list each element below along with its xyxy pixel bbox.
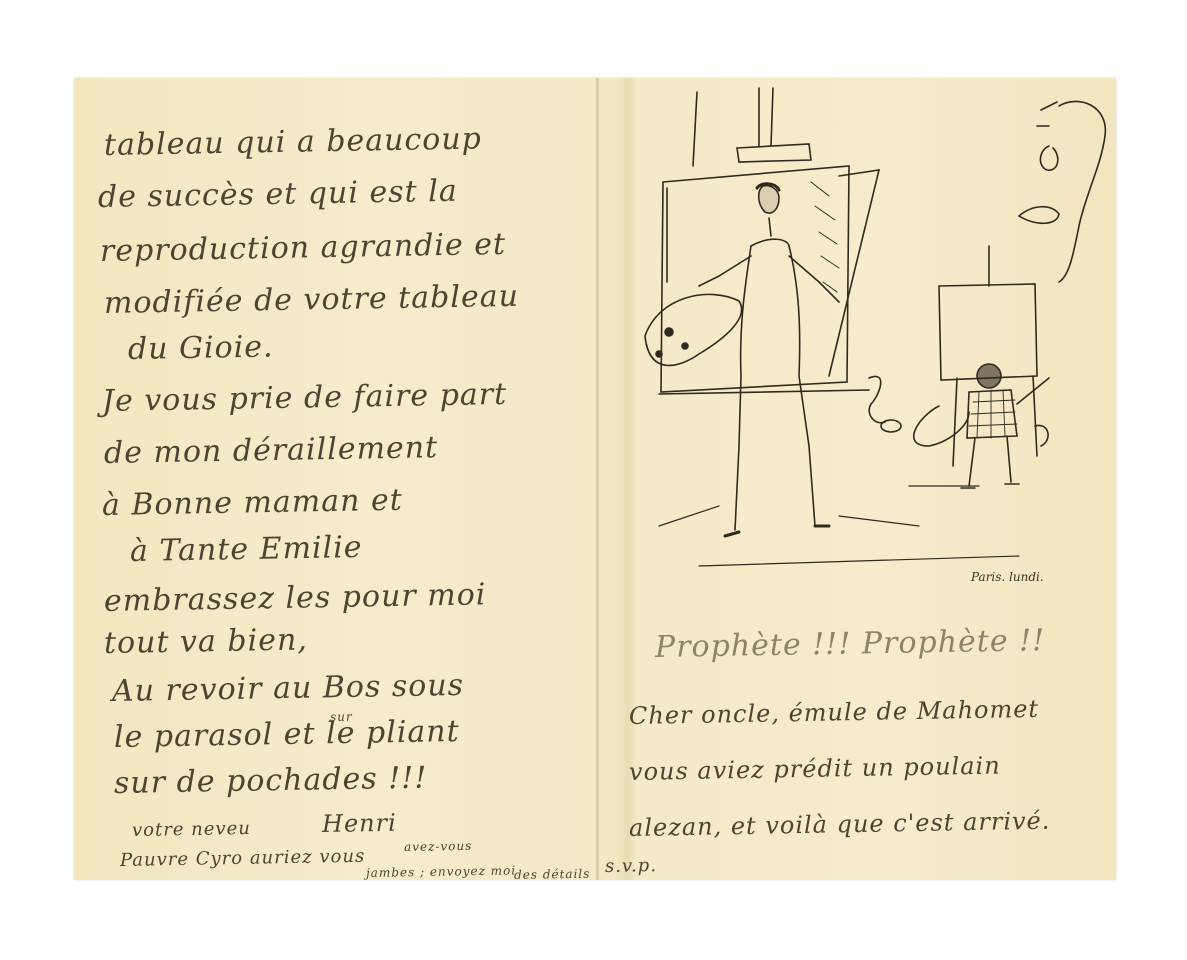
letter-line: à Tante Emilie bbox=[130, 530, 363, 569]
letter-sheet: tableau qui a beaucoup de succès et qui … bbox=[74, 78, 1116, 880]
left-page: tableau qui a beaucoup de succès et qui … bbox=[74, 78, 596, 880]
letter-line: reproduction agrandie et bbox=[100, 227, 507, 269]
postscript-below: des détails bbox=[514, 867, 591, 882]
right-page: Paris. lundi. Prophète !!! Prophète !! C… bbox=[599, 78, 1116, 880]
studio-sketch bbox=[639, 86, 1109, 586]
signature-closing: votre neveu bbox=[132, 818, 251, 841]
letter-line: à Bonne maman et bbox=[102, 483, 403, 523]
postscript-above: avez-vous bbox=[404, 839, 473, 854]
letter-line: le parasol et le pliant bbox=[114, 714, 460, 755]
letter-line: Prophète !!! Prophète !! bbox=[655, 623, 1046, 665]
postscript-text: Pauvre Cyro auriez vous bbox=[120, 846, 366, 871]
postscript-below: jambes ; envoyez moi bbox=[366, 863, 516, 880]
postscript-svp: s.v.p. bbox=[605, 855, 657, 877]
letter-line: Au revoir au Bos sous bbox=[112, 668, 465, 709]
letter-line: du Gioie. bbox=[128, 329, 274, 367]
letter-line: tout va bien, bbox=[104, 622, 308, 661]
signature-name: Henri bbox=[322, 809, 397, 838]
letter-line: vous aviez prédit un poulain bbox=[629, 752, 1001, 786]
letter-line: Cher oncle, émule de Mahomet bbox=[629, 695, 1040, 730]
letter-line: tableau qui a beaucoup bbox=[104, 121, 482, 163]
letter-line: modifiée de votre tableau bbox=[104, 279, 520, 321]
letter-line: sur de pochades !!! bbox=[114, 761, 428, 801]
sketch-caption: Paris. lundi. bbox=[971, 570, 1044, 584]
letter-line: de mon déraillement bbox=[104, 430, 439, 471]
letter-line: Je vous prie de faire part bbox=[102, 377, 508, 419]
letter-line: alezan, et voilà que c'est arrivé. bbox=[629, 807, 1051, 842]
letter-line: de succès et qui est la bbox=[98, 174, 458, 215]
letter-line: embrassez les pour moi bbox=[104, 577, 487, 619]
